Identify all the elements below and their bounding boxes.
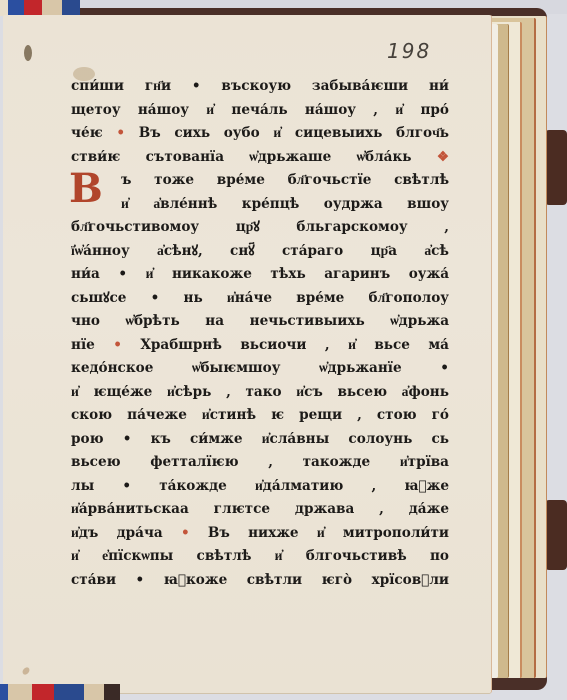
leather-strap-bottom: [545, 500, 567, 570]
text-line: скою па́чеже и҆стинѣ ѥ рещи , стою го́: [71, 404, 449, 428]
text-line: че́ѥ • Въ сихь оубо и҆ сицевыихь блгоч҃ь: [71, 122, 449, 146]
text-line: кедо́нское ѡ҆быѥмшоу ѡ҆дрьжанїе •: [71, 357, 449, 381]
text-line: и҆дъ дра́ча • Въ нихже и҆ митрополи́ти: [71, 522, 449, 546]
text-line: лы • та́кожде и҆да́лматию , ꙗ҆же: [71, 475, 449, 499]
stain: [21, 666, 31, 676]
text-line: щетоу на́шоу и҆ печа́ль на́шоу , и҆ про́: [71, 99, 449, 123]
text-line: ни́а • и҆ никакоже тѣхь агаринъ оужа́: [71, 263, 449, 287]
manuscript-page: 198 В спи́ши гн҃и • въскоую забыва́ѥши н…: [3, 15, 491, 693]
photo-scene: 198 В спи́ши гн҃и • въскоую забыва́ѥши н…: [0, 0, 567, 700]
text-line: и҆а́рва́нитьскаа глѥтсе држава , да́же: [71, 498, 449, 522]
text-block: В спи́ши гн҃и • въскоую забыва́ѥши ни́ щ…: [71, 75, 449, 592]
text-line: сьшꙋсе • нь и҆на́че вре́ме бл҃гополоу: [71, 287, 449, 311]
stain: [24, 45, 32, 61]
text-line: вьсею фетталїѥю , такожде и҆трїва: [71, 451, 449, 475]
text-line: стви́ѥ сътованїа ѡ҆дрьжаше ѡ҆бла́кь ❖: [71, 146, 449, 170]
text-line: ъ тоже вре́ме бл҃гочьстїе свѣтлѣ: [71, 169, 449, 193]
bookmark-ribbon-top: [0, 0, 80, 16]
text-line: бл҃гочьстивомоу цр҃ꙋ бльгарскомоу ,: [71, 216, 449, 240]
text-line: чно ѡ҆брѣть на нечьстивыихь ѡ҆дрьжа: [71, 310, 449, 334]
text-line: спи́ши гн҃и • въскоую забыва́ѥши ни́: [71, 75, 449, 99]
text-line: рою • къ си́мже и҆сла́вны солоунь сь: [71, 428, 449, 452]
text-line: и҆ ѥще́же и҆сѣрь , тако и҆съ вьсею а҆фон…: [71, 381, 449, 405]
bookmark-ribbon-bottom: [0, 684, 120, 700]
text-line: ї҆ѡ҆а́нноу а҆сѣнꙋ, снꙋ҃ ста́раго цр҃а а҆…: [71, 240, 449, 264]
leather-strap-top: [545, 130, 567, 205]
text-line: нїе • Храбшрнѣ вьсиочи , и҆ вьсе ма́: [71, 334, 449, 358]
text-line: ста́ви • ꙗ҆коже свѣтли ѥго̀ хрїсовꙋли: [71, 569, 449, 593]
text-line: и҆ а҆вле́ннѣ кре́пцѣ оудржа вшоу: [71, 193, 449, 217]
red-initial: В: [69, 169, 103, 209]
text-line: и҆ е҆пїскѡпы свѣтлѣ и҆ блгочьстивѣ по: [71, 545, 449, 569]
folio-number: 198: [387, 39, 431, 63]
